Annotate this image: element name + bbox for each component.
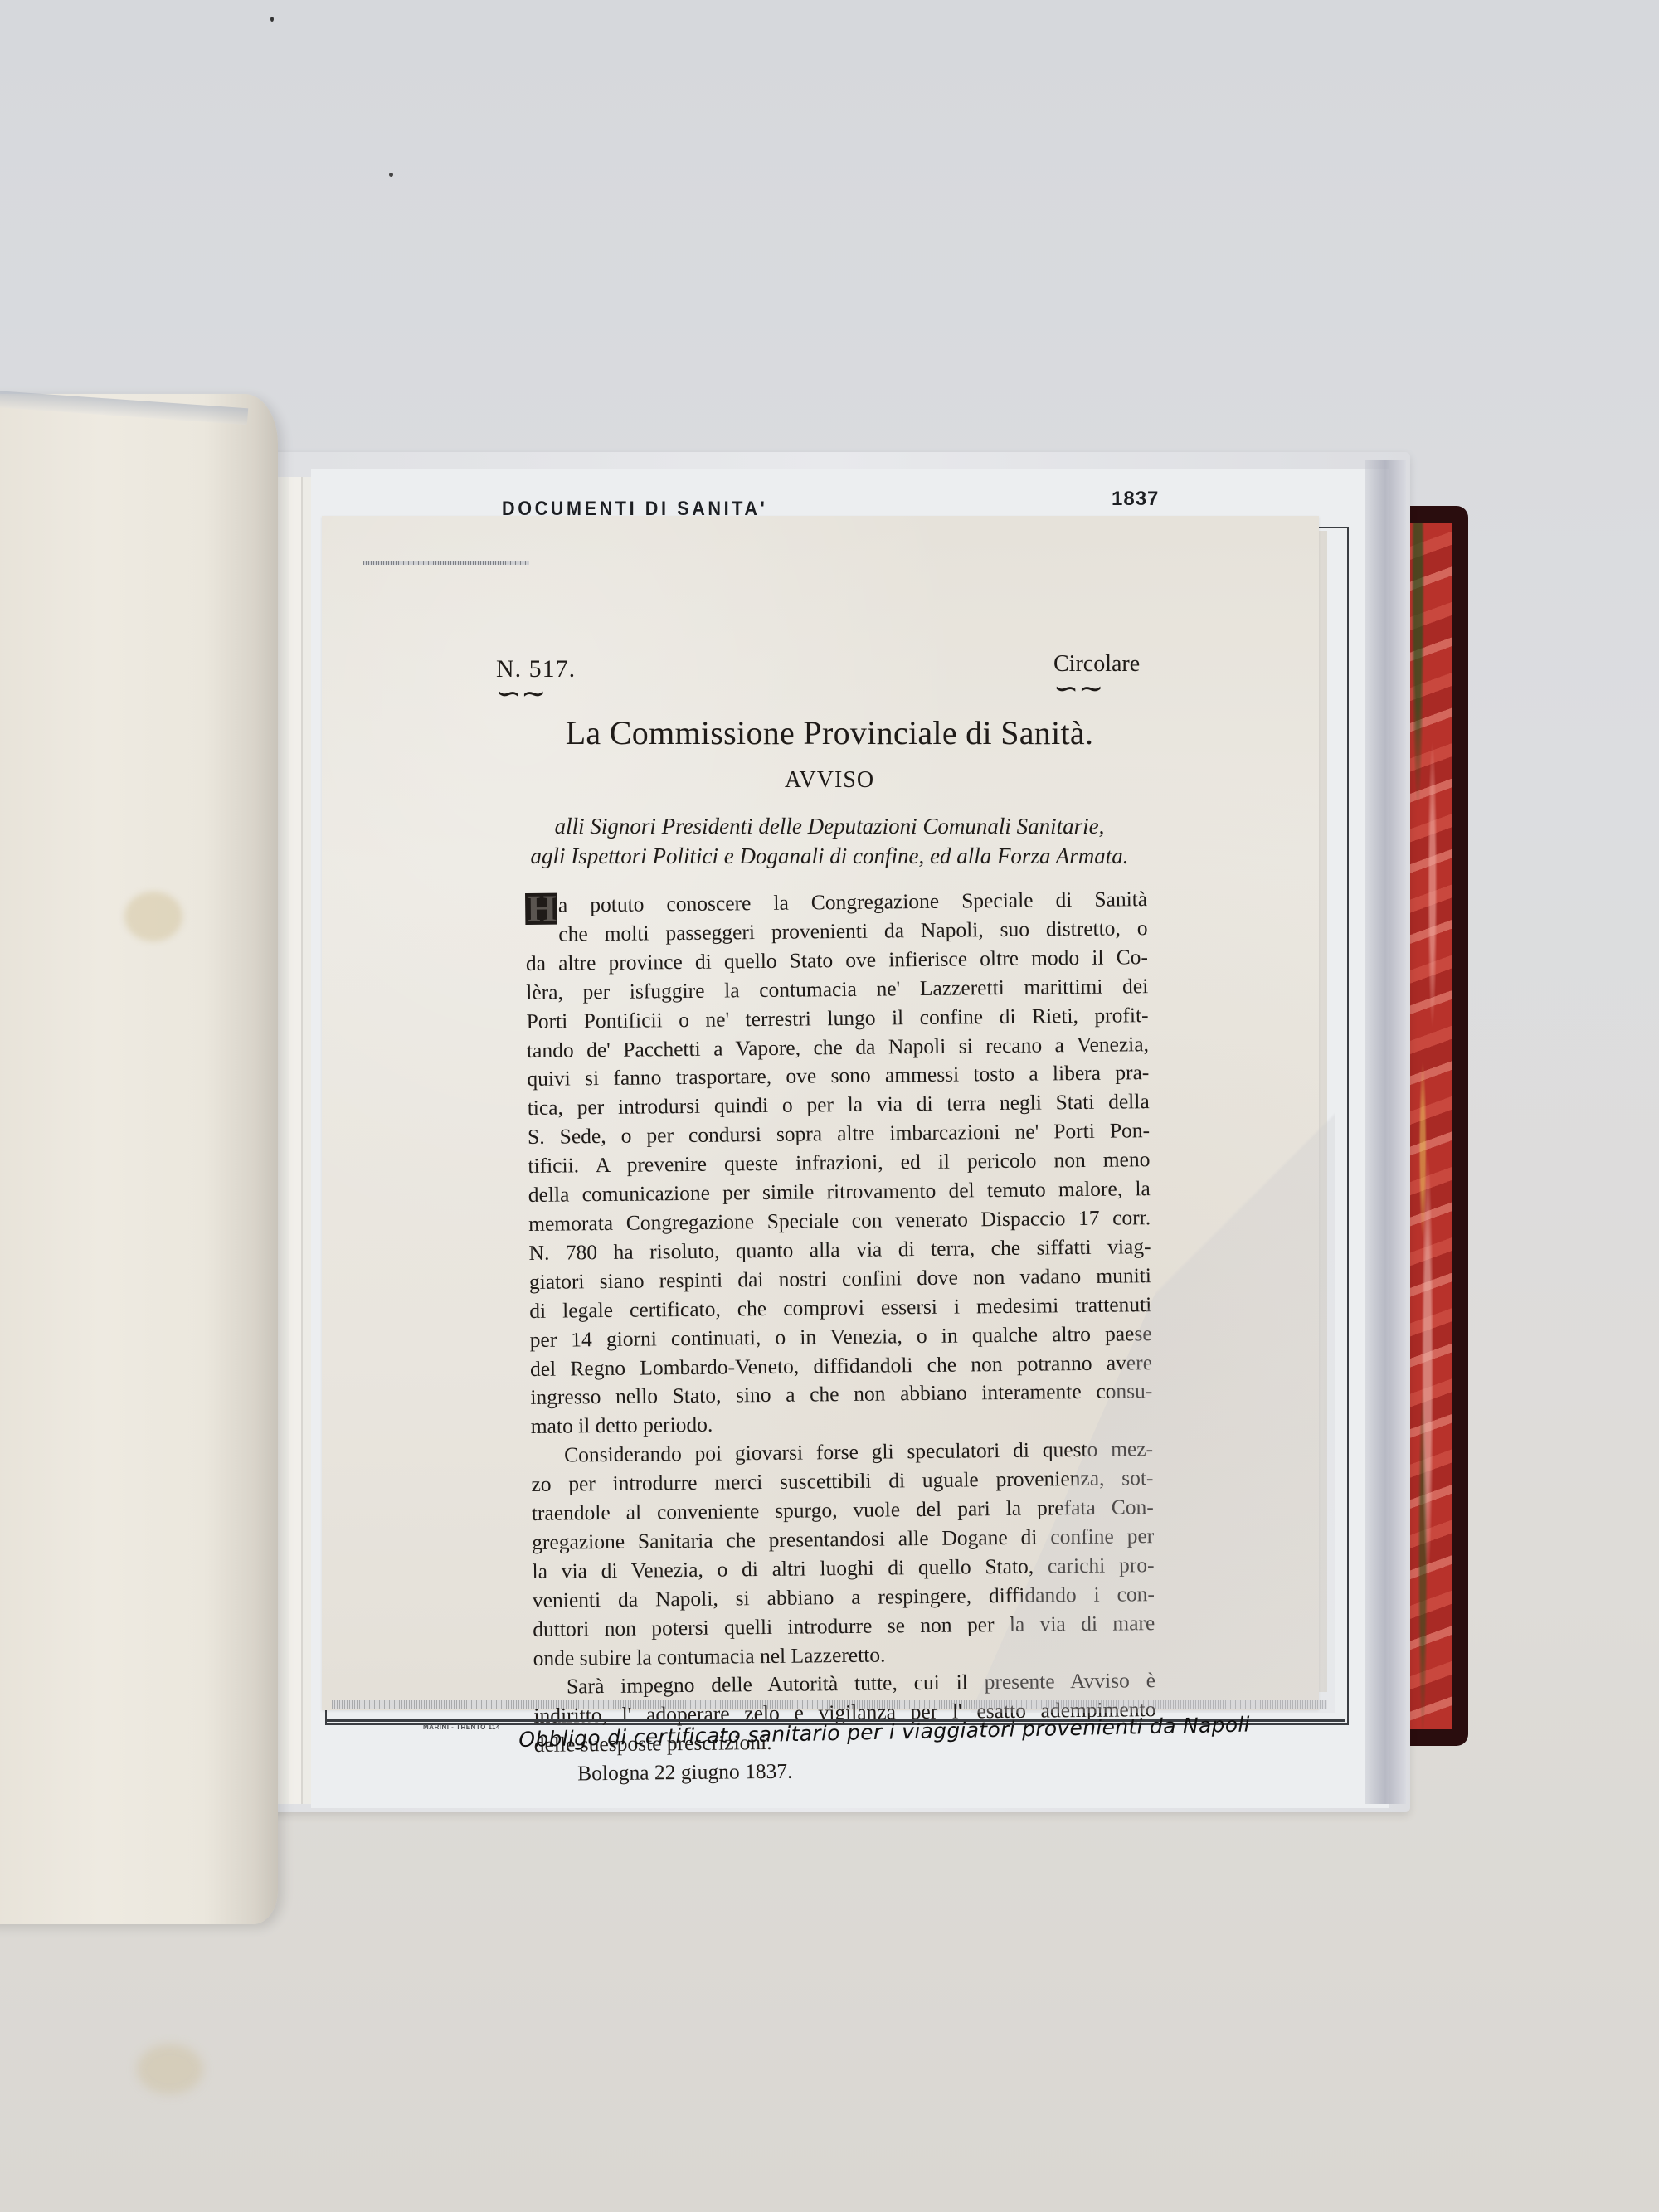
foxing-stain — [137, 2044, 203, 2094]
wall-speck — [389, 173, 393, 177]
page-header-year: 1837 — [1112, 488, 1159, 511]
document-title: La Commissione Provinciale di Sanità. — [398, 713, 1261, 752]
marbled-paper-pattern — [1404, 523, 1452, 1729]
wall-speck — [270, 17, 274, 22]
swash-ornament: ∽∼ — [496, 678, 546, 708]
left-album-page[interactable] — [0, 394, 278, 1924]
document-subtitle: AVVISO — [398, 767, 1261, 794]
document-addressees: alli Signori Presidenti delle Deputazion… — [398, 811, 1261, 871]
swash-ornament: ∽∼ — [1053, 673, 1103, 703]
drop-cap: H — [525, 893, 557, 925]
addressee-line: alli Signori Presidenti delle Deputazion… — [398, 811, 1261, 841]
sleeve-edge — [1365, 460, 1406, 1804]
mount-strip-top — [363, 561, 529, 565]
page-imprint: MARINI - TRENTO 114 — [423, 1723, 500, 1731]
addressee-line: agli Ispettori Politici e Doganali di co… — [398, 841, 1261, 871]
foxing-stain — [124, 892, 182, 941]
